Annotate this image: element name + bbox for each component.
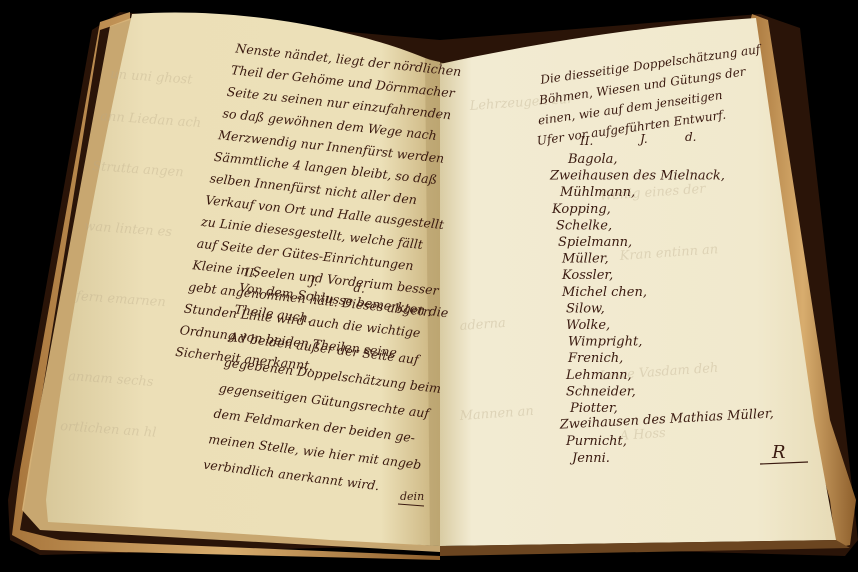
svg-text:II.: II. <box>243 265 259 280</box>
name-entry: Michel chen, <box>561 285 647 300</box>
name-entry: Lehmann, <box>565 368 632 383</box>
name-entry: Schneider, <box>566 384 636 399</box>
svg-text:II.: II. <box>579 134 593 148</box>
name-entry: Müller, <box>561 252 609 267</box>
name-entry: Wimpright, <box>568 335 642 350</box>
name-entry: Spielmann, <box>558 235 632 250</box>
name-entry: Wolke, <box>566 318 610 333</box>
name-entry: Jenni. <box>569 451 610 466</box>
svg-text:aderna: aderna <box>459 316 506 334</box>
name-entry: Frenich, <box>567 351 623 366</box>
name-entry: Kossler, <box>561 268 613 283</box>
name-entry: Schelke, <box>556 218 612 233</box>
name-entry: Silow, <box>566 301 605 316</box>
left-footer-mark: dein <box>400 490 424 503</box>
name-entry: Piotter, <box>569 401 618 416</box>
name-entry: Zweihausen des Mielnack, <box>549 169 725 184</box>
name-entry: Kopping, <box>551 202 611 217</box>
open-manuscript-book: un uni ghost ann Liedan ach Strutta ange… <box>0 0 858 572</box>
right-footer-mark: R <box>771 442 786 463</box>
name-entry: Bagola, <box>567 152 618 167</box>
name-entry: Purnicht, <box>565 434 627 449</box>
svg-text:d.: d. <box>685 130 697 144</box>
name-entry: Mühlmann, <box>559 185 635 200</box>
